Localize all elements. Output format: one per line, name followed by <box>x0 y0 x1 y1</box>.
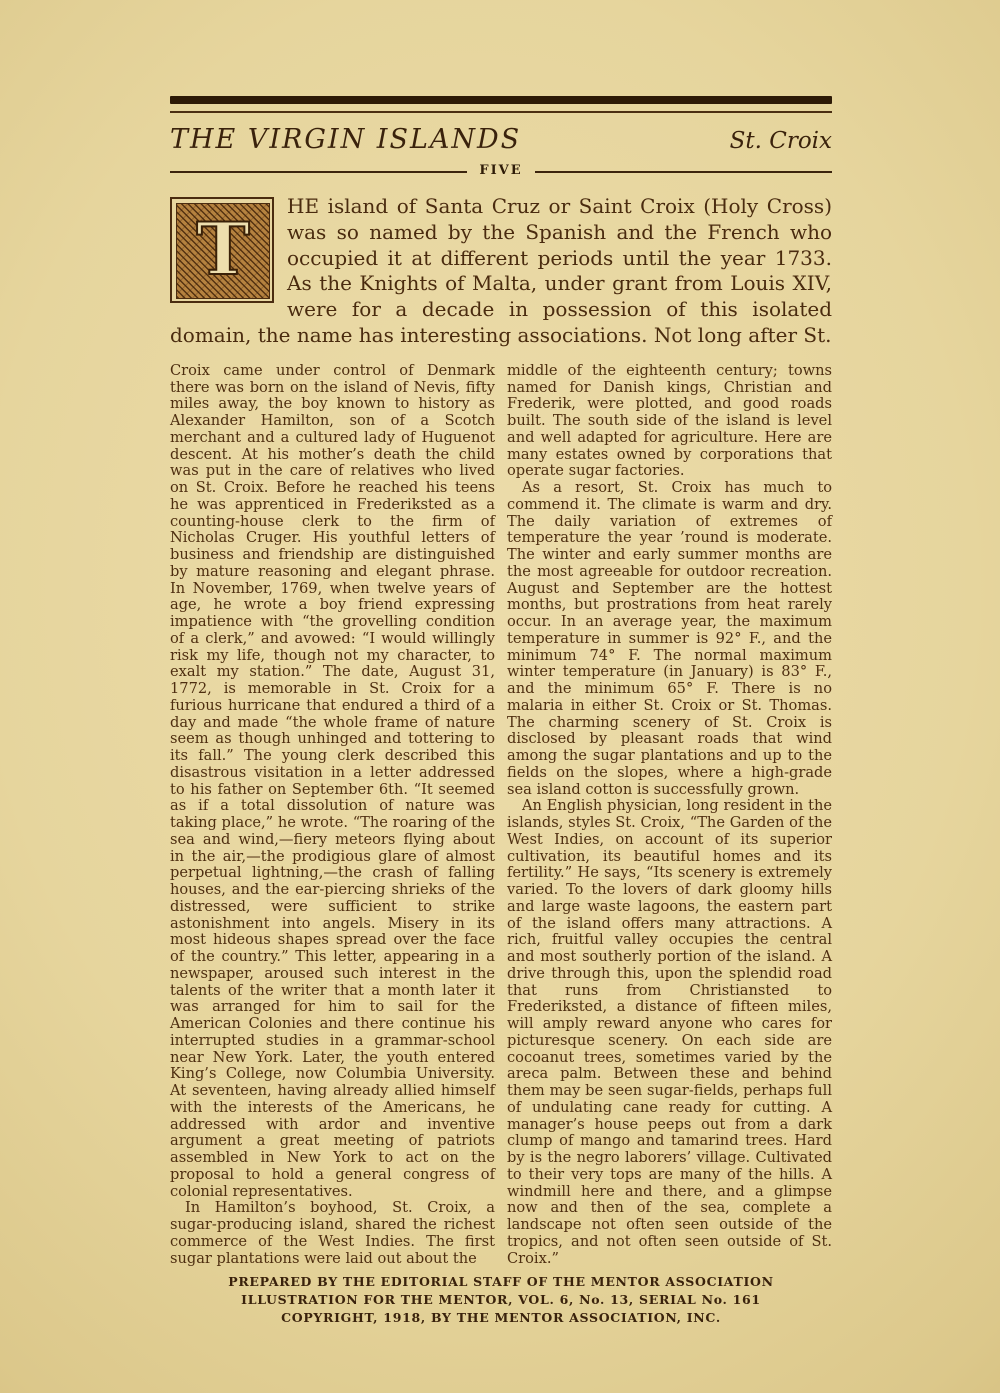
lead-paragraph: T HE island of Santa Cruz or Saint Croix… <box>170 194 832 349</box>
top-thick-rule <box>170 96 832 104</box>
left-column: Croix came under control of Denmark ther… <box>170 363 495 1268</box>
page-title: THE VIRGIN ISLANDS <box>170 124 521 155</box>
imprint-line: PREPARED BY THE EDITORIAL STAFF OF THE M… <box>170 1273 832 1291</box>
drop-cap-letter: T <box>196 213 250 285</box>
imprint-footer: PREPARED BY THE EDITORIAL STAFF OF THE M… <box>170 1273 832 1327</box>
page-header: THE VIRGIN ISLANDS St. Croix <box>170 124 832 155</box>
page-subtitle: St. Croix <box>730 128 832 154</box>
two-column-body: Croix came under control of Denmark ther… <box>170 363 832 1268</box>
right-column: middle of the eighteenth century; towns … <box>507 363 832 1268</box>
body-paragraph: middle of the eighteenth century; towns … <box>507 363 832 480</box>
drop-cap-ornament: T <box>170 197 274 303</box>
magazine-page: THE VIRGIN ISLANDS St. Croix FIVE T HE i… <box>170 0 832 1327</box>
page-number-label: FIVE <box>479 163 522 178</box>
body-paragraph: In Hamilton’s boyhood, St. Croix, a suga… <box>170 1200 495 1267</box>
imprint-line: COPYRIGHT, 1918, BY THE MENTOR ASSOCIATI… <box>170 1309 832 1327</box>
divider-line-left <box>170 171 467 173</box>
page-number-divider: FIVE <box>170 164 832 179</box>
drop-cap-hatch-background: T <box>176 203 270 299</box>
body-paragraph: Croix came under control of Denmark ther… <box>170 363 495 1201</box>
imprint-line: ILLUSTRATION FOR THE MENTOR, VOL. 6, No.… <box>170 1291 832 1309</box>
top-thin-rule <box>170 111 832 113</box>
divider-line-right <box>535 171 832 173</box>
body-paragraph: An English physician, long resident in t… <box>507 798 832 1267</box>
body-paragraph: As a resort, St. Croix has much to comme… <box>507 480 832 798</box>
